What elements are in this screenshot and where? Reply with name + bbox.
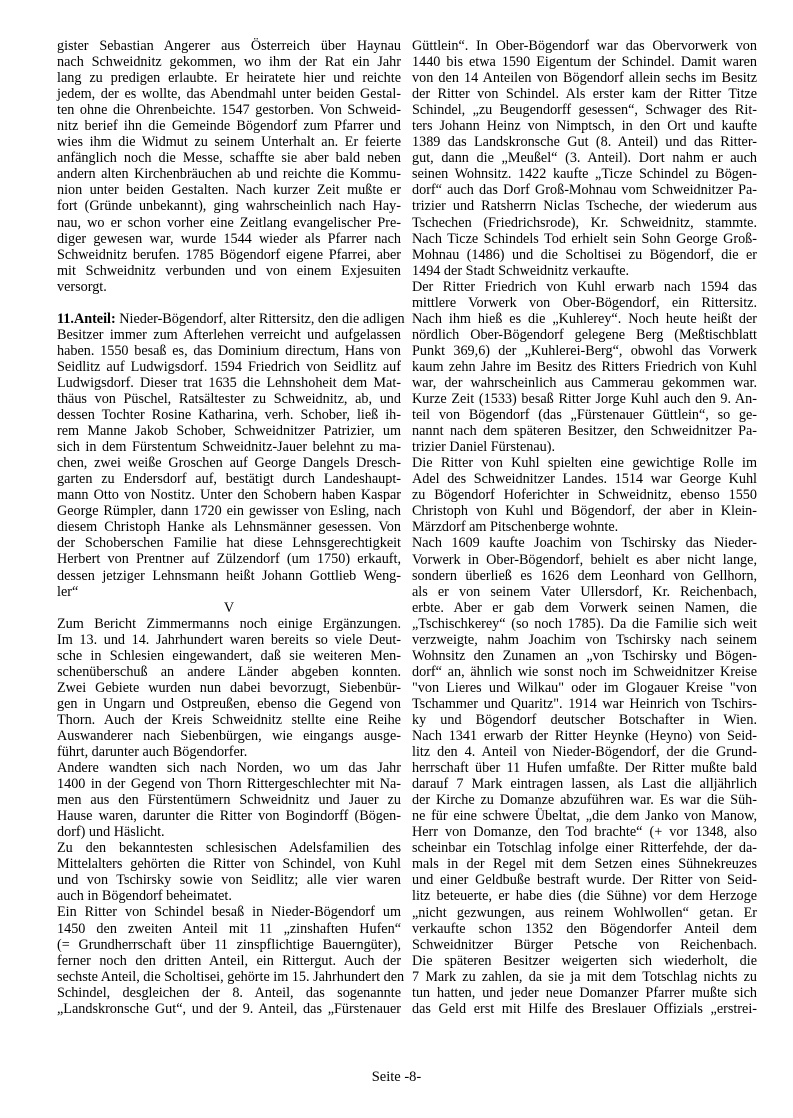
text-line: Herr von Domanze, den Tod brachte“ (+ vo… (412, 824, 757, 840)
text-line: als er von seinem Vater Ullersdorf, Kr. … (412, 584, 757, 600)
text-line: teil von Bögendorf (das „Fürstenauer Güt… (412, 407, 757, 423)
section-marker: V (57, 600, 401, 616)
text-line: sechste Anteil, die Scholtisei, gehörte … (57, 969, 401, 985)
text-line: tun hatten, und jeder neue Domanzer Pfar… (412, 985, 757, 1001)
text-line: verzweigte, nahm Joachim von Tschirsky n… (412, 632, 757, 648)
text-line: diger gewesen war, wurde 1544 wieder als… (57, 231, 401, 247)
text-line: nördlich Ober-Bögendorf gelegene Berg (M… (412, 327, 757, 343)
paragraph-kuhl: Der Ritter Friedrich von Kuhl erwarb nac… (412, 279, 757, 456)
text-line: Besitzer immer zum Afterlehen verreicht … (57, 327, 401, 343)
text-line: darauf 7 Mark eintragen lassen, als Last… (412, 776, 757, 792)
text-line: ler“ (57, 584, 401, 600)
text-line: Punkt 369,6) der „Kuhlerei-Berg“, obwohl… (412, 343, 757, 359)
paragraph-11-anteil: 11.Anteil: Nieder-Bögendorf, alter Ritte… (57, 311, 401, 600)
text-line: thäus von Püschel, Ratsältester zu Schwe… (57, 391, 401, 407)
text-line: Kurze Zeit (1533) besaß Ritter Jorge Kuh… (412, 391, 757, 407)
text-line: war, der wahrscheinlich aus Cammerau gek… (412, 375, 757, 391)
text-line: 7 Mark zu zahlen, da sie ja mit dem Tots… (412, 969, 757, 985)
text-line: Christoph von Kuhl und Bögendorf, der ab… (412, 503, 757, 519)
text-line: verkaufte schon 1352 den Bögendorfer Ant… (412, 921, 757, 937)
page-number: Seite -8- (0, 1069, 793, 1086)
paragraph-adelsfamilien: Zu den bekanntesten schlesischen Adelsfa… (57, 840, 401, 904)
text-line: Güttlein“. In Ober-Bögendorf war das Obe… (412, 38, 757, 54)
text-line: Hause waren, darunter die Ritter von Bog… (57, 808, 401, 824)
text-line: Auswanderer nach Siebenbürgen, wie einga… (57, 728, 401, 744)
text-line: Zum Bericht Zimmermanns noch einige Ergä… (57, 616, 401, 632)
text-line: fort (Gründe unbekannt), ging wahrschein… (57, 198, 401, 214)
text-line: und einer Geldbuße bestraft wurde. Der R… (412, 872, 757, 888)
text-line: Mittelalters gehörten die Ritter von Sch… (57, 856, 401, 872)
section-heading-11-anteil: 11.Anteil: (57, 311, 116, 327)
text-line: nannt nach dem späteren Besitzer, den Sc… (412, 423, 757, 439)
text-line: von den 14 Anteilen von Bögendorf allein… (412, 70, 757, 86)
section-marker-v: V (57, 600, 401, 616)
text-line: nion unter beiden Gestalten. Nach kurzer… (57, 182, 401, 198)
text-line: trizier Daniel Fürstenau). (412, 439, 757, 455)
text-line: nau, wo er schon vorher eine Zeitlang ev… (57, 215, 401, 231)
text-line: andern alten Kirchenbräuchen ab und reic… (57, 166, 401, 182)
text-line: mittlere Vorwerk von Ober-Bögendorf, ein… (412, 295, 757, 311)
text-line: versorgt. (57, 279, 401, 295)
text-line: scheinbar ein Totschlag infolge einer Ri… (412, 840, 757, 856)
text-line: ferner noch den dritten Anteil, ein Ritt… (57, 953, 401, 969)
text-line: Herbert von Prentner auf Zülzendorf (um … (57, 551, 401, 567)
text-line: kaum zehn Jahre im Besitz des Ritters Fr… (412, 359, 757, 375)
text-line: Nach 1609 kaufte Joachim von Tschirsky d… (412, 535, 757, 551)
text-line: dessen Tochter Rosine Katharina, verh. S… (57, 407, 401, 423)
paragraph-schindel: Ein Ritter von Schindel besaß in Nieder-… (57, 904, 401, 1016)
text-line: sondern überließ es 1626 dem Leonhard vo… (412, 568, 757, 584)
text-line: Tschechen (Friedrichsrode), Kr. Schweidn… (412, 215, 757, 231)
text-line: Der Ritter Friedrich von Kuhl erwarb nac… (412, 279, 757, 295)
text-line: Ein Ritter von Schindel besaß in Nieder-… (57, 904, 401, 920)
text-line: garten zu Endersdorf auf, bestätigt durc… (57, 471, 401, 487)
text-line: Nach 1341 erwarb der Ritter Heynke (Heyn… (412, 728, 757, 744)
text-line: schenüberschuß an andere Länder abgeben … (57, 664, 401, 680)
text-line: (= Grundherrschaft über 11 zinspflichtig… (57, 937, 401, 953)
text-line: sche in Schlesien eingewandert, daß sie … (57, 648, 401, 664)
left-column: gister Sebastian Angerer aus Österreich … (57, 38, 401, 1017)
text-line: Wohnsitz den Zunamen an „von Tschirsky u… (412, 648, 757, 664)
text-line: chen, zwei weiße Groschen auf George Dan… (57, 455, 401, 471)
text-line: Im 13. und 14. Jahrhundert waren bereits… (57, 632, 401, 648)
text-line: herrschaft über 11 Hufen umfaßte. Der Ri… (412, 760, 757, 776)
text-line: führt, darunter auch Bögendorfer. (57, 744, 401, 760)
paragraph-norden: Andere wandten sich nach Norden, wo um d… (57, 760, 401, 840)
text-fragment: Nieder-Bögendorf, alter Rittersitz, den … (116, 311, 405, 327)
text-line: 1400 in der Gegend von Thorn Rittergesch… (57, 776, 401, 792)
text-line: erbte. Aber er gab dem Vorwerk seinen Na… (412, 600, 757, 616)
text-line: Zwei Gebiete wurden nun dabei bevorzugt,… (57, 680, 401, 696)
text-line: 1389 das Landskronsche Gut (8. Anteil) u… (412, 134, 757, 150)
right-column: Güttlein“. In Ober-Bögendorf war das Obe… (412, 38, 757, 1017)
text-line: dorf“ auch das Dorf Groß-Mohnau vom Schw… (412, 182, 757, 198)
text-line: Tschammer und Quaritz". 1914 war Heinric… (412, 696, 757, 712)
text-line: Adel des Schweidnitzer Landes. 1514 war … (412, 471, 757, 487)
text-line: ters Johann Heinz von Nimptsch, in den O… (412, 118, 757, 134)
paragraph-spaetere-besitzer: Die späteren Besitzer weigerten sich wie… (412, 953, 757, 1017)
text-line: rem Manne Jakob Schober, Schweidnitzer P… (57, 423, 401, 439)
text-line: „Tschischkerey“ (so noch 1785). Da die F… (412, 616, 757, 632)
paragraph-spacer (57, 295, 401, 311)
text-line: "von Lieres und Wilkau" oder im Glogauer… (412, 680, 757, 696)
text-line: 11.Anteil: Nieder-Bögendorf, alter Ritte… (57, 311, 401, 327)
text-line: auch in Bögendorf beheimatet. (57, 888, 401, 904)
text-line: 1440 bis etwa 1590 Eigentum der Schindel… (412, 54, 757, 70)
text-line: und von Tschirsky sowie von Seidlitz; al… (57, 872, 401, 888)
paragraph-seidlitz: Nach 1341 erwarb der Ritter Heynke (Heyn… (412, 728, 757, 953)
text-line: Thorn. Auch der Kreis Schweidnitz stellt… (57, 712, 401, 728)
text-line: zu Bögendorf Hoferichter in Schweidnitz,… (412, 487, 757, 503)
text-line: haben. 1550 besaß es, das Dominium direc… (57, 343, 401, 359)
text-line: Schweidnitz berufen. 1785 Bögendorf eige… (57, 247, 401, 263)
text-line: sich in dem Fürstentum Schweidnitz-Jauer… (57, 439, 401, 455)
text-line: dorf“ an, ähnlich wie sonst noch im Schw… (412, 664, 757, 680)
text-line: Die Ritter von Kuhl spielten eine gewich… (412, 455, 757, 471)
text-line: ten ohne die Ohrenbeichte. 1547 gestorbe… (57, 102, 401, 118)
text-line: anfänglich noch die Messe, schaffte sie … (57, 150, 401, 166)
text-line: „Landskronsche Gut“, und der 9. Anteil, … (57, 1001, 401, 1017)
text-line: gut, dann die „Meußel“ (3. Anteil). Dort… (412, 150, 757, 166)
text-line: der Kirche zu Domanze abzuführen war. Es… (412, 792, 757, 808)
text-line: Schindel, „zu Beugendorff gesessen“, Sch… (412, 102, 757, 118)
text-line: der Schoberschen Familie hat diese Lehns… (57, 535, 401, 551)
paragraph-kuhl-rolle: Die Ritter von Kuhl spielten eine gewich… (412, 455, 757, 535)
paragraph-ergaenzungen: Zum Bericht Zimmermanns noch einige Ergä… (57, 616, 401, 760)
text-line: Andere wandten sich nach Norden, wo um d… (57, 760, 401, 776)
text-line: Zu den bekanntesten schlesischen Adelsfa… (57, 840, 401, 856)
text-line: mit Schweidnitz verbunden und von einem … (57, 263, 401, 279)
text-line: seinen Wohnsitz. 1422 kaufte „Ticze Schi… (412, 166, 757, 182)
text-line: ky und Bögendorf deutscher Botschafter i… (412, 712, 757, 728)
paragraph-tschirsky: Nach 1609 kaufte Joachim von Tschirsky d… (412, 535, 757, 728)
text-line: das Geld erst mit Hilfe des Breslauer Of… (412, 1001, 757, 1017)
text-line: diesem Christoph Hanke als Lehnsmänner g… (57, 519, 401, 535)
text-line: trizier und Ratsherrn Niclas Tscheche, d… (412, 198, 757, 214)
text-line: George Rümpler, dann 1720 ein gewisser v… (57, 503, 401, 519)
text-line: lang zu predigen erlaubte. Er heiratete … (57, 70, 401, 86)
text-line: litz den 4. Anteil von Nieder-Bögendorf,… (412, 744, 757, 760)
text-line: Nach ihm hieß es die „Kuhlerey“. Noch he… (412, 311, 757, 327)
text-line: Mohnau (1486) und die Scholtisei zu Böge… (412, 247, 757, 263)
text-line: „nicht gezwungen, aus reinem Wohlwollen“… (412, 905, 757, 921)
text-line: litz beteuerte, er habe dies (die Sühne)… (412, 888, 757, 904)
text-line: jedem, der es wollte, das Abendmahl unte… (57, 86, 401, 102)
text-line: Nach Ticze Schindels Tod erhielt sein So… (412, 231, 757, 247)
text-line: wies ihm die Widmut zu seinem Unterhalt … (57, 134, 401, 150)
text-line: men aus den Fürstentümern Schweidnitz un… (57, 792, 401, 808)
text-line: gister Sebastian Angerer aus Österreich … (57, 38, 401, 54)
text-line: Märzdorf am Pitschenberge wohnte. (412, 519, 757, 535)
text-line: nach Schweidnitz gekommen, wo ihm der Ra… (57, 54, 401, 70)
paragraph-pfarrer-angerer: gister Sebastian Angerer aus Österreich … (57, 38, 401, 295)
text-line: 1494 der Stadt Schweidnitz verkaufte. (412, 263, 757, 279)
text-line: dorf) und Häslicht. (57, 824, 401, 840)
paragraph-schindel-cont: Güttlein“. In Ober-Bögendorf war das Obe… (412, 38, 757, 279)
text-line: 1450 den zweiten Anteil mit 11 „zinshaft… (57, 921, 401, 937)
text-line: ne für eine schwere Übeltat, „die dem Ja… (412, 808, 757, 824)
text-line: Schweidnitzer Bürger Petsche von Reichen… (412, 937, 757, 953)
text-line: Seidlitz auf Ludwigsdorf. 1594 Friedrich… (57, 359, 401, 375)
text-line: Vorwerk in Ober-Bögendorf, behielt es ab… (412, 552, 757, 568)
text-line: Schindel, desgleichen der 8. Anteil, das… (57, 985, 401, 1001)
text-line: dessen jetziger Lehnsmann heißt Johann G… (57, 568, 401, 584)
text-line: der Ritter von Schindel. Als erster kam … (412, 86, 757, 102)
text-line: Ludwigsdorf. Dieser trat 1635 die Lehnsh… (57, 375, 401, 391)
text-line: nitz berief ihn die Gemeinde Bögendorf z… (57, 118, 401, 134)
text-line: mals in der Regel mit dem Setzen eines S… (412, 856, 757, 872)
text-line: gen in Ungarn und Ostpreußen, ebenso die… (57, 696, 401, 712)
text-line: mann Otto von Nostitz. Unter den Schober… (57, 487, 401, 503)
text-line: Die späteren Besitzer weigerten sich wie… (412, 953, 757, 969)
